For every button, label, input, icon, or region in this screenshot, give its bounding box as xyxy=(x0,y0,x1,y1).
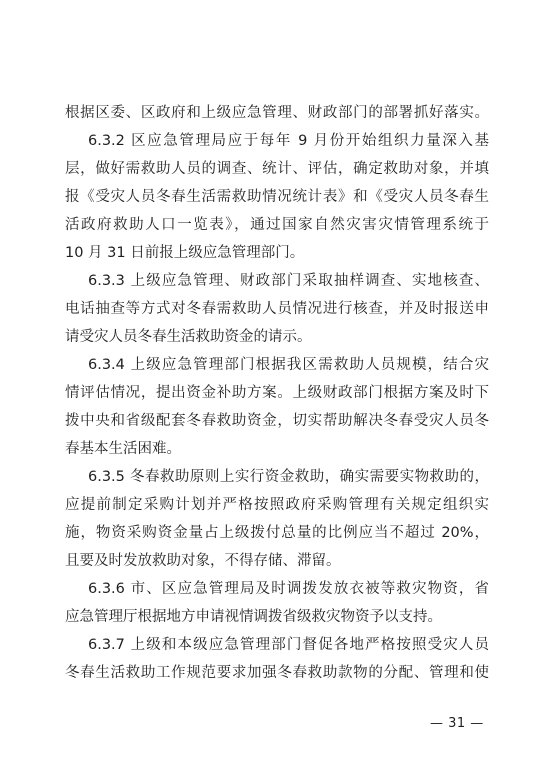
text-line: 活政府救助人口一览表》，通过国家自然灾害灾情管理系统于 xyxy=(65,211,489,239)
text-line: 10 月 31 日前报上级应急管理部门。 xyxy=(65,239,489,267)
text-line: 应提前制定采购计划并严格按照政府采购管理有关规定组织实 xyxy=(65,491,489,519)
text-line: 冬春生活救助工作规范要求加强冬春救助款物的分配、管理和使 xyxy=(65,659,489,687)
text-line: 报《受灾人员冬春生活需救助情况统计表》和《受灾人员冬春生 xyxy=(65,183,489,211)
text-line: 拨中央和省级配套冬春救助资金，切实帮助解决冬春受灾人员冬 xyxy=(65,407,489,435)
text-line: 6.3.3 上级应急管理、财政部门采取抽样调查、实地核查、 xyxy=(65,267,489,295)
text-line: 电话抽查等方式对冬春需救助人员情况进行核查，并及时报送申 xyxy=(65,295,489,323)
text-line: 层，做好需救助人员的调查、统计、评估，确定救助对象，并填 xyxy=(65,155,489,183)
document-page: 根据区委、区政府和上级应急管理、财政部门的部署抓好落实。6.3.2 区应急管理局… xyxy=(0,0,554,784)
text-line: 6.3.7 上级和本级应急管理部门督促各地严格按照受灾人员 xyxy=(65,631,489,659)
text-line: 6.3.2 区应急管理局应于每年 9 月份开始组织力量深入基 xyxy=(65,127,489,155)
text-line: 根据区委、区政府和上级应急管理、财政部门的部署抓好落实。 xyxy=(65,99,489,127)
text-line: 施，物资采购资金量占上级拨付总量的比例应当不超过 20%， xyxy=(65,519,489,547)
text-line: 情评估情况，提出资金补助方案。上级财政部门根据方案及时下 xyxy=(65,379,489,407)
text-line: 6.3.5 冬春救助原则上实行资金救助，确实需要实物救助的， xyxy=(65,463,489,491)
text-line: 且要及时发放救助对象，不得存储、滞留。 xyxy=(65,547,489,575)
text-line: 6.3.4 上级应急管理部门根据我区需救助人员规模，结合灾 xyxy=(65,351,489,379)
text-line: 春基本生活困难。 xyxy=(65,435,489,463)
text-line: 请受灾人员冬春生活救助资金的请示。 xyxy=(65,323,489,351)
text-line: 6.3.6 市、区应急管理局及时调拨发放衣被等救灾物资，省 xyxy=(65,575,489,603)
document-body: 根据区委、区政府和上级应急管理、财政部门的部署抓好落实。6.3.2 区应急管理局… xyxy=(65,99,489,687)
page-number: — 31 — xyxy=(430,714,490,734)
text-line: 应急管理厅根据地方申请视情调拨省级救灾物资予以支持。 xyxy=(65,603,489,631)
